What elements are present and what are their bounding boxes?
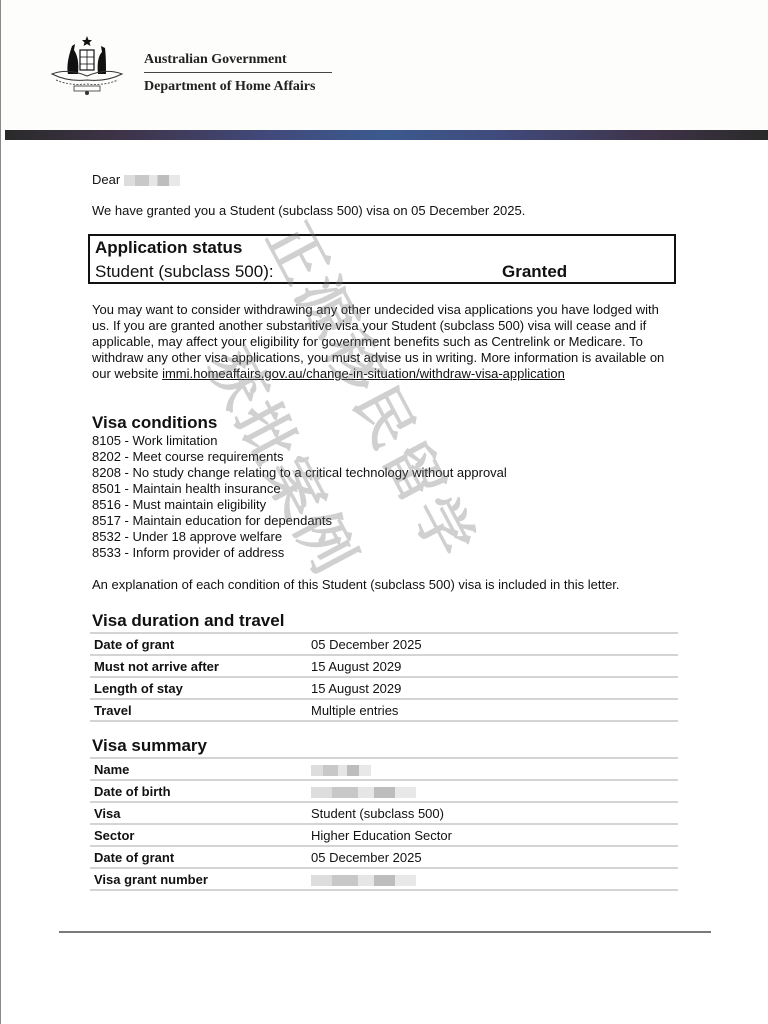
row-label: Sector <box>90 824 307 846</box>
row-value: 15 August 2029 <box>307 677 678 699</box>
redacted-name <box>311 765 371 776</box>
table-row: Name <box>90 758 678 780</box>
row-label: Travel <box>90 699 307 721</box>
row-label: Name <box>90 758 307 780</box>
condition-item: 8208 - No study change relating to a cri… <box>92 465 507 481</box>
condition-item: 8202 - Meet course requirements <box>92 449 283 465</box>
row-label: Visa <box>90 802 307 824</box>
application-status-heading: Application status <box>95 238 242 258</box>
intro-text: We have granted you a Student (subclass … <box>92 203 525 218</box>
application-status-box: Application status Student (subclass 500… <box>88 234 676 284</box>
condition-item: 8533 - Inform provider of address <box>92 545 284 561</box>
table-row: Date of grant05 December 2025 <box>90 846 678 868</box>
department-name: Department of Home Affairs <box>144 79 315 95</box>
row-value: Higher Education Sector <box>307 824 678 846</box>
table-row: SectorHigher Education Sector <box>90 824 678 846</box>
table-row: Must not arrive after15 August 2029 <box>90 655 678 677</box>
salutation: Dear <box>92 172 180 187</box>
row-value <box>307 780 678 802</box>
redacted-grant-number <box>311 875 416 886</box>
row-value: 05 December 2025 <box>307 846 678 868</box>
redacted-name <box>124 175 180 186</box>
visa-summary-table: Name Date of birth VisaStudent (subclass… <box>90 757 678 891</box>
government-name: Australian Government <box>144 52 287 68</box>
row-value <box>307 868 678 890</box>
redacted-dob <box>311 787 416 798</box>
table-row: Date of grant05 December 2025 <box>90 633 678 655</box>
page-border <box>0 0 1 1024</box>
coat-of-arms-icon <box>48 34 126 96</box>
row-value <box>307 758 678 780</box>
condition-item: 8501 - Maintain health insurance <box>92 481 281 497</box>
withdrawal-notice: You may want to consider withdrawing any… <box>92 302 672 382</box>
duration-travel-heading: Visa duration and travel <box>92 611 284 631</box>
conditions-explanation: An explanation of each condition of this… <box>92 577 620 592</box>
table-row: VisaStudent (subclass 500) <box>90 802 678 824</box>
row-label: Length of stay <box>90 677 307 699</box>
table-row: Visa grant number <box>90 868 678 890</box>
visa-summary-heading: Visa summary <box>92 736 207 756</box>
condition-item: 8516 - Must maintain eligibility <box>92 497 266 513</box>
header-divider <box>144 72 332 73</box>
row-label: Date of birth <box>90 780 307 802</box>
row-value: Student (subclass 500) <box>307 802 678 824</box>
application-status-value: Granted <box>502 262 567 282</box>
row-label: Must not arrive after <box>90 655 307 677</box>
row-label: Visa grant number <box>90 868 307 890</box>
table-row: Date of birth <box>90 780 678 802</box>
row-value: 05 December 2025 <box>307 633 678 655</box>
header-band <box>5 130 768 140</box>
row-label: Date of grant <box>90 633 307 655</box>
row-label: Date of grant <box>90 846 307 868</box>
table-row: Length of stay15 August 2029 <box>90 677 678 699</box>
footer-divider <box>59 931 711 933</box>
application-status-label: Student (subclass 500): <box>95 262 274 282</box>
condition-item: 8517 - Maintain education for dependants <box>92 513 332 529</box>
table-row: TravelMultiple entries <box>90 699 678 721</box>
visa-conditions-heading: Visa conditions <box>92 413 217 433</box>
condition-item: 8105 - Work limitation <box>92 433 217 449</box>
row-value: Multiple entries <box>307 699 678 721</box>
salutation-text: Dear <box>92 172 120 187</box>
duration-travel-table: Date of grant05 December 2025 Must not a… <box>90 632 678 722</box>
letterhead: Australian Government Department of Home… <box>1 0 768 130</box>
condition-item: 8532 - Under 18 approve welfare <box>92 529 282 545</box>
withdraw-visa-link[interactable]: immi.homeaffairs.gov.au/change-in-situat… <box>162 366 565 381</box>
row-value: 15 August 2029 <box>307 655 678 677</box>
